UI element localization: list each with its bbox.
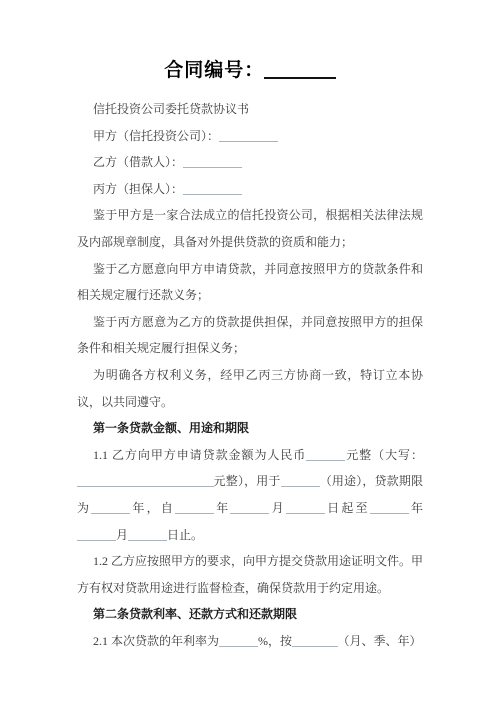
fill-in-blank: [175, 513, 214, 514]
fill-in-blank: [306, 460, 345, 461]
fill-in-blank: [91, 513, 130, 514]
section-2-heading: 第二条贷款利率、还款方式和还款期限: [77, 601, 423, 628]
recital-paragraph-2: 鉴于乙方愿意向甲方申请贷款，并同意按照甲方的贷款条件和相关规定履行还款义务；: [77, 256, 423, 309]
clause-1-2: 1.2 乙方应按照甲方的要求，向甲方提交贷款用途证明文件。甲方有权对贷款用途进行…: [77, 548, 423, 601]
fill-in-blank: [128, 540, 167, 541]
fill-in-blank: [183, 194, 242, 195]
fill-in-blank: [264, 77, 336, 79]
fill-in-blank: [219, 141, 278, 142]
party-a-line: 甲方（信托投资公司）：: [77, 123, 423, 150]
fill-in-blank: [219, 646, 258, 647]
document-page: 合同编号： 信托投资公司委托贷款协议书 甲方（信托投资公司）： 乙方（借款人）：…: [0, 0, 500, 707]
party-c-line: 丙方（担保人）：: [77, 176, 423, 203]
section-1-heading: 第一条贷款金额、用途和期限: [77, 415, 423, 442]
fill-in-blank: [281, 486, 320, 487]
recital-paragraph-3: 鉴于丙方愿意为乙方的贷款提供担保，并同意按照甲方的担保条件和相关规定履行担保义务…: [77, 309, 423, 362]
recital-paragraph-1: 鉴于甲方是一家合法成立的信托投资公司，根据相关法律法规及内部规章制度，具备对外提…: [77, 202, 423, 255]
document-body: 信托投资公司委托贷款协议书 甲方（信托投资公司）： 乙方（借款人）： 丙方（担保…: [77, 96, 423, 654]
fill-in-blank: [183, 167, 242, 168]
clause-2-1: 2.1 本次贷款的年利率为%，按（月、季、年）: [77, 628, 423, 655]
recital-paragraph-4: 为明确各方权利义务，经甲乙丙三方协商一致，特订立本协议，以共同遵守。: [77, 362, 423, 415]
document-subtitle: 信托投资公司委托贷款协议书: [77, 96, 423, 123]
fill-in-blank: [292, 646, 338, 647]
party-b-line: 乙方（借款人）：: [77, 149, 423, 176]
fill-in-blank: [230, 513, 269, 514]
fill-in-blank: [370, 513, 409, 514]
fill-in-blank: [77, 540, 116, 541]
clause-1-1: 1.1 乙方向甲方申请贷款金额为人民币元整（大写：元整），用于（用途），贷款期限…: [77, 442, 423, 548]
fill-in-blank: [286, 513, 325, 514]
fill-in-blank: [77, 486, 214, 487]
contract-number-title: 合同编号：: [0, 58, 500, 84]
